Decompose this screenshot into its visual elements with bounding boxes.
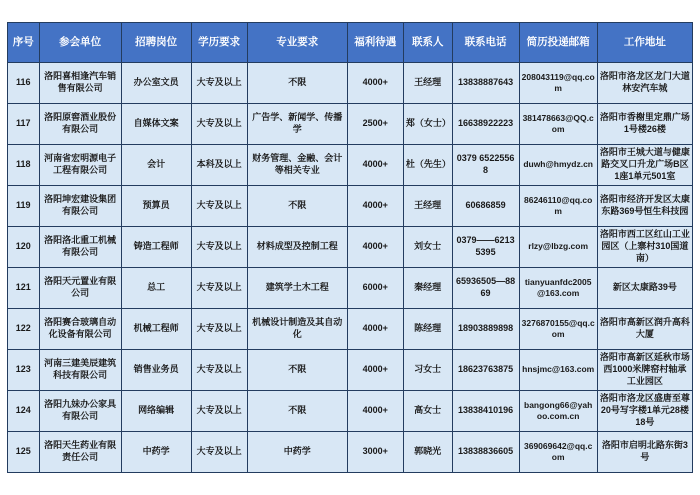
cell-company: 洛阳赛合玻璃自动化设备有限公司 bbox=[39, 309, 121, 350]
cell-address: 洛阳市香榭里定鼎广场1号楼26楼 bbox=[597, 104, 692, 145]
column-header: 工作地址 bbox=[597, 23, 692, 63]
cell-education: 大专及以上 bbox=[191, 227, 247, 268]
cell-major: 广告学、新闻学、传播学 bbox=[247, 104, 347, 145]
column-header: 简历投递邮箱 bbox=[519, 23, 597, 63]
cell-contact: 杜（先生） bbox=[403, 145, 452, 186]
cell-salary: 6000+ bbox=[347, 268, 403, 309]
column-header: 联系电话 bbox=[452, 23, 519, 63]
cell-salary: 4000+ bbox=[347, 227, 403, 268]
cell-major: 不限 bbox=[247, 186, 347, 227]
cell-company: 洛阳喜相逢汽车销售有限公司 bbox=[39, 63, 121, 104]
cell-major: 不限 bbox=[247, 391, 347, 432]
table-row: 116洛阳喜相逢汽车销售有限公司办公室文员大专及以上不限4000+王经理1383… bbox=[8, 63, 693, 104]
table-row: 123河南三建美辰建筑科技有限公司销售业务员大专及以上不限4000+习女士186… bbox=[8, 350, 693, 391]
cell-education: 大专及以上 bbox=[191, 186, 247, 227]
cell-education: 本科及以上 bbox=[191, 145, 247, 186]
cell-address: 洛阳市高新区延秋市场西1000米牌窑村轴承工业园区 bbox=[597, 350, 692, 391]
cell-education: 大专及以上 bbox=[191, 350, 247, 391]
cell-position: 机械工程师 bbox=[121, 309, 191, 350]
cell-no: 122 bbox=[8, 309, 40, 350]
cell-phone: 13838887643 bbox=[452, 63, 519, 104]
cell-email: rlzy@lbzg.com bbox=[519, 227, 597, 268]
cell-salary: 4000+ bbox=[347, 309, 403, 350]
cell-position: 办公室文员 bbox=[121, 63, 191, 104]
column-header: 专业要求 bbox=[247, 23, 347, 63]
cell-position: 网络编辑 bbox=[121, 391, 191, 432]
cell-salary: 4000+ bbox=[347, 145, 403, 186]
cell-education: 大专及以上 bbox=[191, 432, 247, 473]
cell-contact: 刘女士 bbox=[403, 227, 452, 268]
table-row: 118河南省宏明源电子工程有限公司会计本科及以上财务管理、金融、会计等相关专业4… bbox=[8, 145, 693, 186]
cell-no: 125 bbox=[8, 432, 40, 473]
job-fair-table: 序号参会单位招聘岗位学历要求专业要求福利待遇联系人联系电话简历投递邮箱工作地址 … bbox=[7, 22, 693, 473]
cell-no: 117 bbox=[8, 104, 40, 145]
cell-email: tianyuanfdc2005@163.com bbox=[519, 268, 597, 309]
cell-contact: 王经理 bbox=[403, 63, 452, 104]
cell-no: 123 bbox=[8, 350, 40, 391]
cell-email: duwh@hmydz.cn bbox=[519, 145, 597, 186]
column-header: 学历要求 bbox=[191, 23, 247, 63]
cell-salary: 4000+ bbox=[347, 350, 403, 391]
cell-education: 大专及以上 bbox=[191, 63, 247, 104]
cell-address: 洛阳市洛龙区龙门大道林安汽车城 bbox=[597, 63, 692, 104]
cell-major: 中药学 bbox=[247, 432, 347, 473]
cell-phone: 13838410196 bbox=[452, 391, 519, 432]
cell-salary: 3000+ bbox=[347, 432, 403, 473]
cell-major: 不限 bbox=[247, 350, 347, 391]
cell-phone: 0379——62135395 bbox=[452, 227, 519, 268]
cell-education: 大专及以上 bbox=[191, 104, 247, 145]
cell-phone: 60686859 bbox=[452, 186, 519, 227]
cell-address: 洛阳市经济开发区太康东路369号恒生科技园 bbox=[597, 186, 692, 227]
cell-contact: 陈经理 bbox=[403, 309, 452, 350]
table-row: 121洛阳天元置业有限公司总工大专及以上建筑学土木工程6000+秦经理65936… bbox=[8, 268, 693, 309]
cell-phone: 0379 65225568 bbox=[452, 145, 519, 186]
cell-company: 洛阳天元置业有限公司 bbox=[39, 268, 121, 309]
cell-phone: 65936505—8869 bbox=[452, 268, 519, 309]
cell-salary: 2500+ bbox=[347, 104, 403, 145]
table-row: 119洛阳坤宏建设集团有限公司预算员大专及以上不限4000+王经理6068685… bbox=[8, 186, 693, 227]
cell-position: 总工 bbox=[121, 268, 191, 309]
cell-contact: 郑（女士） bbox=[403, 104, 452, 145]
cell-contact: 王经理 bbox=[403, 186, 452, 227]
column-header: 招聘岗位 bbox=[121, 23, 191, 63]
table-row: 122洛阳赛合玻璃自动化设备有限公司机械工程师大专及以上机械设计制造及其自动化4… bbox=[8, 309, 693, 350]
cell-company: 洛阳原窖酒业股份有限公司 bbox=[39, 104, 121, 145]
cell-contact: 高女士 bbox=[403, 391, 452, 432]
cell-no: 124 bbox=[8, 391, 40, 432]
table-row: 120洛阳洛北重工机械有限公司铸造工程师大专及以上材料成型及控制工程4000+刘… bbox=[8, 227, 693, 268]
cell-position: 预算员 bbox=[121, 186, 191, 227]
cell-company: 洛阳坤宏建设集团有限公司 bbox=[39, 186, 121, 227]
column-header: 联系人 bbox=[403, 23, 452, 63]
cell-address: 洛阳市启明北路东街3号 bbox=[597, 432, 692, 473]
cell-email: 3276870155@qq.com bbox=[519, 309, 597, 350]
table-row: 124洛阳九妹办公家具有限公司网络编辑大专及以上不限4000+高女士138384… bbox=[8, 391, 693, 432]
cell-address: 洛阳市西工区红山工业园区（上寨村310国道南） bbox=[597, 227, 692, 268]
cell-position: 销售业务员 bbox=[121, 350, 191, 391]
cell-company: 洛阳九妹办公家具有限公司 bbox=[39, 391, 121, 432]
cell-no: 116 bbox=[8, 63, 40, 104]
cell-education: 大专及以上 bbox=[191, 309, 247, 350]
cell-major: 不限 bbox=[247, 63, 347, 104]
cell-education: 大专及以上 bbox=[191, 391, 247, 432]
cell-position: 中药学 bbox=[121, 432, 191, 473]
cell-contact: 郭晓光 bbox=[403, 432, 452, 473]
column-header: 参会单位 bbox=[39, 23, 121, 63]
cell-no: 121 bbox=[8, 268, 40, 309]
cell-company: 洛阳天生药业有限责任公司 bbox=[39, 432, 121, 473]
cell-email: hnsjmc@163.com bbox=[519, 350, 597, 391]
cell-salary: 4000+ bbox=[347, 186, 403, 227]
cell-company: 洛阳洛北重工机械有限公司 bbox=[39, 227, 121, 268]
cell-position: 铸造工程师 bbox=[121, 227, 191, 268]
table-row: 117洛阳原窖酒业股份有限公司自媒体文案大专及以上广告学、新闻学、传播学2500… bbox=[8, 104, 693, 145]
cell-company: 河南省宏明源电子工程有限公司 bbox=[39, 145, 121, 186]
cell-salary: 4000+ bbox=[347, 391, 403, 432]
cell-phone: 18623763875 bbox=[452, 350, 519, 391]
cell-salary: 4000+ bbox=[347, 63, 403, 104]
cell-email: 86246110@qq.com bbox=[519, 186, 597, 227]
cell-major: 财务管理、金融、会计等相关专业 bbox=[247, 145, 347, 186]
cell-major: 机械设计制造及其自动化 bbox=[247, 309, 347, 350]
cell-phone: 18903889898 bbox=[452, 309, 519, 350]
cell-email: bangong66@yahoo.com.cn bbox=[519, 391, 597, 432]
header-row: 序号参会单位招聘岗位学历要求专业要求福利待遇联系人联系电话简历投递邮箱工作地址 bbox=[8, 23, 693, 63]
cell-position: 会计 bbox=[121, 145, 191, 186]
cell-position: 自媒体文案 bbox=[121, 104, 191, 145]
cell-major: 材料成型及控制工程 bbox=[247, 227, 347, 268]
table-body: 116洛阳喜相逢汽车销售有限公司办公室文员大专及以上不限4000+王经理1383… bbox=[8, 63, 693, 473]
cell-address: 洛阳市高新区润升高科大厦 bbox=[597, 309, 692, 350]
cell-phone: 16638922223 bbox=[452, 104, 519, 145]
cell-major: 建筑学土木工程 bbox=[247, 268, 347, 309]
column-header: 序号 bbox=[8, 23, 40, 63]
cell-company: 河南三建美辰建筑科技有限公司 bbox=[39, 350, 121, 391]
job-fair-table-container: 序号参会单位招聘岗位学历要求专业要求福利待遇联系人联系电话简历投递邮箱工作地址 … bbox=[7, 22, 693, 473]
cell-address: 新区太康路39号 bbox=[597, 268, 692, 309]
cell-education: 大专及以上 bbox=[191, 268, 247, 309]
table-row: 125洛阳天生药业有限责任公司中药学大专及以上中药学3000+郭晓光138388… bbox=[8, 432, 693, 473]
cell-no: 118 bbox=[8, 145, 40, 186]
column-header: 福利待遇 bbox=[347, 23, 403, 63]
table-header: 序号参会单位招聘岗位学历要求专业要求福利待遇联系人联系电话简历投递邮箱工作地址 bbox=[8, 23, 693, 63]
cell-no: 119 bbox=[8, 186, 40, 227]
cell-address: 洛阳市洛龙区盛唐至尊20号写字楼1单元28楼18号 bbox=[597, 391, 692, 432]
cell-no: 120 bbox=[8, 227, 40, 268]
cell-email: 369069642@qq.com bbox=[519, 432, 597, 473]
cell-contact: 秦经理 bbox=[403, 268, 452, 309]
cell-email: 208043119@qq.com bbox=[519, 63, 597, 104]
cell-contact: 习女士 bbox=[403, 350, 452, 391]
cell-address: 洛阳市王城大道与健康路交叉口升龙广场B区1座1单元501室 bbox=[597, 145, 692, 186]
cell-phone: 13838836605 bbox=[452, 432, 519, 473]
cell-email: 381478663@QQ.com bbox=[519, 104, 597, 145]
